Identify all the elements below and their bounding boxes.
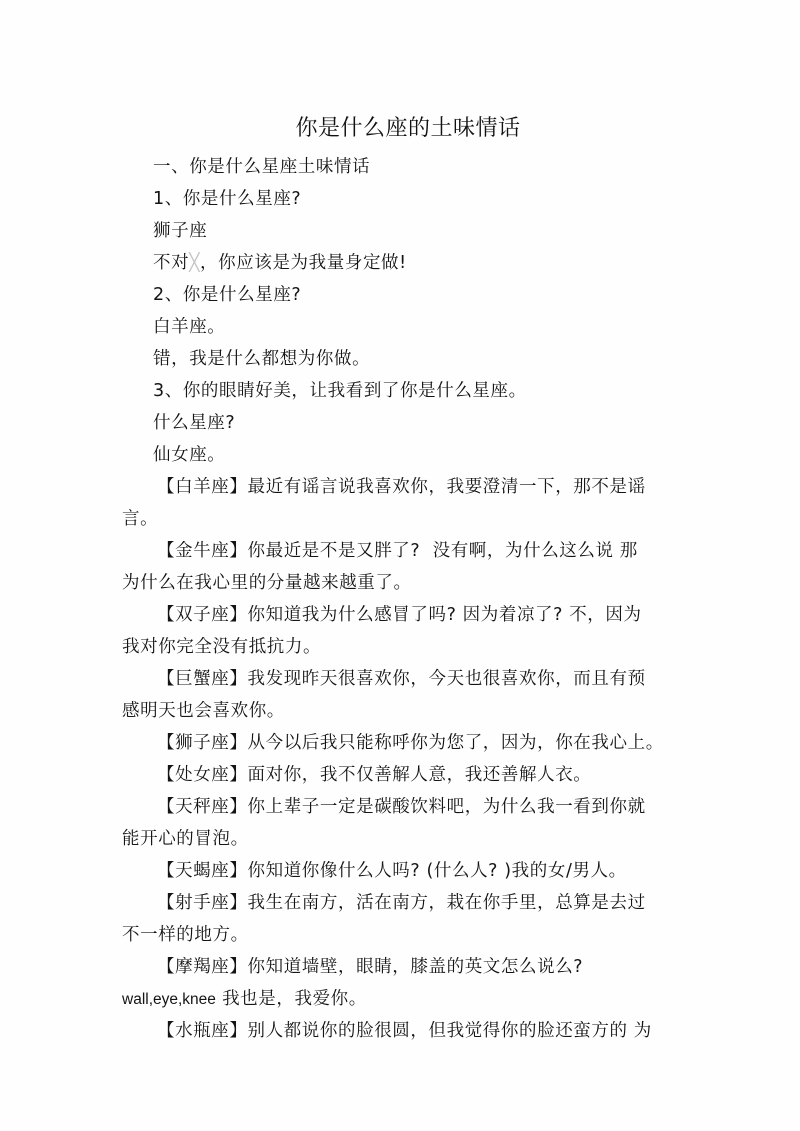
reply-1: 不对╳，你应该是为我量身定做! xyxy=(122,247,682,279)
sign-aquarius-line-1: 【水瓶座】别人都说你的脸很圆，但我觉得你的脸还蛮方的 为 xyxy=(122,1015,682,1047)
sign-scorpio-line-1: 【天蝎座】你知道你像什么人吗? (什么人? )我的女/男人。 xyxy=(122,855,682,887)
sign-aries-line-2: 言。 xyxy=(122,503,682,535)
sign-leo-line-1: 【狮子座】从今以后我只能称呼你为您了，因为，你在我心上。 xyxy=(122,727,682,759)
capricorn-english-words: wall,eye,knee xyxy=(122,991,216,1008)
sign-cancer-line-2: 感明天也会喜欢你。 xyxy=(122,695,682,727)
sign-cancer-line-1: 【巨蟹座】我发现昨天很喜欢你，今天也很喜欢你，而且有预 xyxy=(122,663,682,695)
section-heading: 一、你是什么星座土味情话 xyxy=(122,151,682,183)
reply-3: 仙女座。 xyxy=(122,439,682,471)
sign-virgo-line-1: 【处女座】面对你，我不仅善解人意，我还善解人衣。 xyxy=(122,759,682,791)
question-3: 3、你的眼睛好美，让我看到了你是什么星座。 xyxy=(122,375,682,407)
answer-1: 狮子座 xyxy=(122,215,682,247)
cross-mark-icon: ╳ xyxy=(189,253,200,273)
document-body: 一、你是什么星座土味情话 1、你是什么星座? 狮子座 不对╳，你应该是为我量身定… xyxy=(122,151,682,1047)
question-2: 2、你是什么星座? xyxy=(122,279,682,311)
reply-1-end: ，你应该是为我量身定做! xyxy=(200,253,407,273)
answer-3: 什么星座? xyxy=(122,407,682,439)
reply-2: 错，我是什么都想为你做。 xyxy=(122,343,682,375)
sign-gemini-line-2: 我对你完全没有抵抗力。 xyxy=(122,631,682,663)
sign-sagittarius-line-2: 不一样的地方。 xyxy=(122,919,682,951)
answer-2: 白羊座。 xyxy=(122,311,682,343)
document-page: 你是什么座的土味情话 一、你是什么星座土味情话 1、你是什么星座? 狮子座 不对… xyxy=(0,0,800,1131)
sign-capricorn-line-2: wall,eye,knee 我也是，我爱你。 xyxy=(122,983,682,1015)
sign-gemini-line-1: 【双子座】你知道我为什么感冒了吗? 因为着凉了? 不，因为 xyxy=(122,599,682,631)
sign-taurus-line-1: 【金牛座】你最近是不是又胖了? 没有啊，为什么这么说 那 xyxy=(122,535,682,567)
capricorn-punchline: 我也是，我爱你。 xyxy=(216,989,367,1009)
sign-sagittarius-line-1: 【射手座】我生在南方，活在南方，栽在你手里，总算是去过 xyxy=(122,887,682,919)
sign-aries-line-1: 【白羊座】最近有谣言说我喜欢你，我要澄清一下，那不是谣 xyxy=(122,471,682,503)
sign-libra-line-1: 【天秤座】你上辈子一定是碳酸饮料吧，为什么我一看到你就 xyxy=(122,791,682,823)
sign-capricorn-line-1: 【摩羯座】你知道墙壁，眼睛，膝盖的英文怎么说么? xyxy=(122,951,682,983)
sign-taurus-line-2: 为什么在我心里的分量越来越重了。 xyxy=(122,567,682,599)
document-title: 你是什么座的土味情话 xyxy=(0,113,800,145)
question-1: 1、你是什么星座? xyxy=(122,183,682,215)
reply-1-start: 不对 xyxy=(153,253,189,273)
sign-libra-line-2: 能开心的冒泡。 xyxy=(122,823,682,855)
